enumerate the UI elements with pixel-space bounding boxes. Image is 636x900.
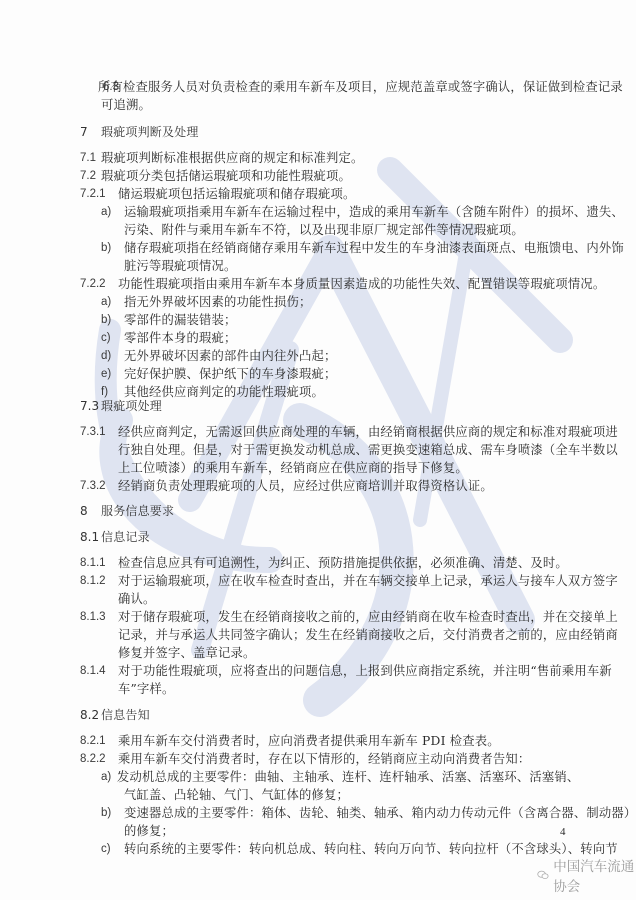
clause-number: b): [101, 240, 111, 256]
clause-number: 8: [80, 503, 88, 519]
wechat-icon: [537, 868, 549, 882]
clause-text: 确认。: [118, 591, 156, 607]
clause-text: 修复并签字、盖章记录。: [118, 645, 255, 661]
clause-text: 乘用车新车交付消费者时，应向消费者提供乘用车新车 PDI 检查表。: [118, 733, 500, 749]
clause-number: c): [101, 330, 111, 346]
clause-text: 车”字样。: [118, 681, 174, 697]
clause-number: 8.2: [80, 707, 99, 723]
clause-text: 完好保护膜、保护纸下的车身漆瑕疵；: [124, 366, 336, 382]
section-heading: 服务信息要求: [101, 503, 174, 519]
clause-text: 的修复；: [124, 823, 174, 839]
footer-label: 中国汽车流通协会: [553, 855, 636, 895]
clause-number: 8.1.2: [80, 573, 106, 589]
clause-number: 8.1.4: [80, 663, 106, 679]
clause-text: 所有检查服务人员对负责检查的乘用车新车及项目，应规范盖章或签字确认，保证做到检查…: [98, 79, 623, 95]
clause-number: 8.2.2: [80, 751, 106, 767]
clause-text: 无外界破坏因素的部件由内往外凸起；: [124, 348, 336, 364]
clause-text: 污染、附件与乘用车新车不符，以及出现非原厂规定部件等情况瑕疵项。: [124, 222, 524, 238]
clause-number: 7.2: [80, 168, 96, 184]
clause-number: b): [101, 312, 111, 328]
clause-number: 7.3.1: [80, 424, 106, 440]
clause-text: 指无外界破坏因素的功能性损伤；: [124, 294, 311, 310]
clause-text: 运输瑕疵项指乘用车新车在运输过程中，造成的乘用车新车（含随车附件）的损坏、遗失、: [124, 204, 624, 220]
document-page: 6.3所有检查服务人员对负责检查的乘用车新车及项目，应规范盖章或签字确认，保证做…: [0, 0, 636, 900]
clause-number: b): [101, 805, 111, 821]
clause-number: 8.2.1: [80, 733, 106, 749]
section-heading: 瑕疵项判断及处理: [101, 124, 199, 140]
clause-text: 瑕疵项判断标准根据供应商的规定和标准判定。: [101, 150, 363, 166]
section-heading: 信息告知: [101, 707, 150, 723]
clause-number: c): [101, 841, 111, 857]
clause-number: 7.2.1: [80, 186, 106, 202]
clause-text: 对于运输瑕疵项，应在收车检查时查出，并在车辆交接单上记录，承运人与接车人双方签字: [118, 573, 618, 589]
clause-text: 经销商负责处理瑕疵项的人员，应经过供应商培训并取得资格认证。: [118, 478, 493, 494]
clause-number: a): [101, 204, 111, 220]
clause-text: 储运瑕疵项包括运输瑕疵项和储存瑕疵项。: [118, 186, 355, 202]
clause-number: 7.2.2: [80, 276, 106, 292]
clause-text: 发动机总成的主要零件：曲轴、主轴承、连杆、连杆轴承、活塞、活塞环、活塞销、: [117, 769, 579, 785]
clause-number: 8.1.1: [80, 555, 106, 571]
clause-number: 7.3: [80, 398, 99, 414]
footer-brand: 中国汽车流通协会: [537, 855, 636, 895]
clause-number: 7: [80, 124, 88, 140]
clause-text: 功能性瑕疵项指由乘用车新车本身质量因素造成的功能性失效、配置错误等瑕疵项情况。: [118, 276, 605, 292]
clause-number: 8.1.3: [80, 609, 106, 625]
page-number: 4: [560, 826, 566, 838]
clause-text: 储存瑕疵项指在经销商储存乘用车新车过程中发生的车身油漆表面斑点、电瓶馈电、内外饰: [124, 240, 624, 256]
clause-number: a): [101, 294, 111, 310]
clause-number: 7.1: [80, 150, 96, 166]
clause-text: 上工位喷漆）的乘用车新车，经销商应在供应商的指导下修复。: [118, 460, 468, 476]
clause-number: 7.3.2: [80, 478, 106, 494]
clause-text: 记录，并与承运人共同签字确认；发生在经销商接收之后，交付消费者之前的，应由经销商: [118, 627, 618, 643]
clause-text: 气缸盖、凸轮轴、气门、气缸体的修复；: [124, 787, 349, 803]
section-heading: 信息记录: [101, 529, 150, 545]
clause-text: 检查信息应具有可追溯性，为纠正、预防措施提供依据，必须准确、清楚、及时。: [118, 555, 568, 571]
clause-text: 变速器总成的主要零件：箱体、齿轮、轴类、轴承、箱内动力传动元件（含离合器、制动器…: [124, 805, 636, 821]
section-heading: 瑕疵项处理: [101, 398, 162, 414]
clause-text: 可追溯。: [101, 97, 151, 113]
clause-number: a): [101, 769, 111, 785]
clause-text: 瑕疵项分类包括储运瑕疵项和功能性瑕疵项。: [101, 168, 351, 184]
clause-text: 经供应商判定，无需返回供应商处理的车辆，由经销商根据供应商的规定和标准对瑕疵项进: [118, 424, 618, 440]
clause-text: 脏污等瑕疵项情况。: [124, 258, 236, 274]
clause-text: 零部件的漏装错装；: [124, 312, 236, 328]
clause-number: 8.1: [80, 529, 99, 545]
clause-text: 行独自处理。但是，对于需更换发动机总成、需更换变速箱总成、需车身喷漆（全车半数以: [118, 442, 618, 458]
clause-text: 对于储存瑕疵项，发生在经销商接收之前的，应由经销商在收车检查时查出，并在交接单上: [118, 609, 618, 625]
clause-number: e): [101, 366, 111, 382]
clause-text: 对于功能性瑕疵项，应将查出的问题信息，上报到供应商指定系统，并注明“售前乘用车新: [118, 663, 612, 679]
clause-number: d): [101, 348, 111, 364]
clause-text: 乘用车新车交付消费者时，存在以下情形的，经销商应主动向消费者告知：: [118, 751, 530, 767]
clause-text: 零部件本身的瑕疵；: [124, 330, 236, 346]
